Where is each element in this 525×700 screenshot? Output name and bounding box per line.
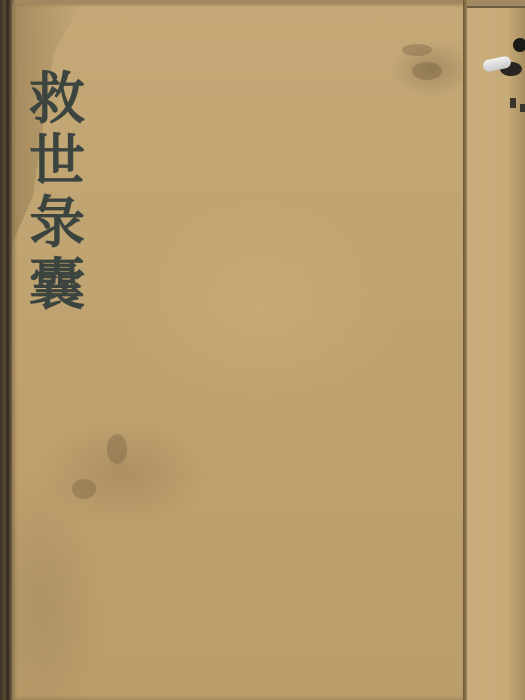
book-title: 救 世 彔 囊 <box>18 68 96 316</box>
title-char-2: 世 <box>29 130 85 192</box>
stain <box>412 62 442 80</box>
ink-mark <box>510 98 516 108</box>
stain <box>72 479 96 499</box>
stain <box>107 434 127 464</box>
back-pages <box>467 8 525 700</box>
title-char-3: 彔 <box>29 192 85 254</box>
title-char-4: 囊 <box>29 254 85 316</box>
ink-mark <box>520 104 525 112</box>
binding-hole <box>513 38 525 52</box>
stain <box>402 44 432 56</box>
title-char-1: 救 <box>29 68 85 130</box>
